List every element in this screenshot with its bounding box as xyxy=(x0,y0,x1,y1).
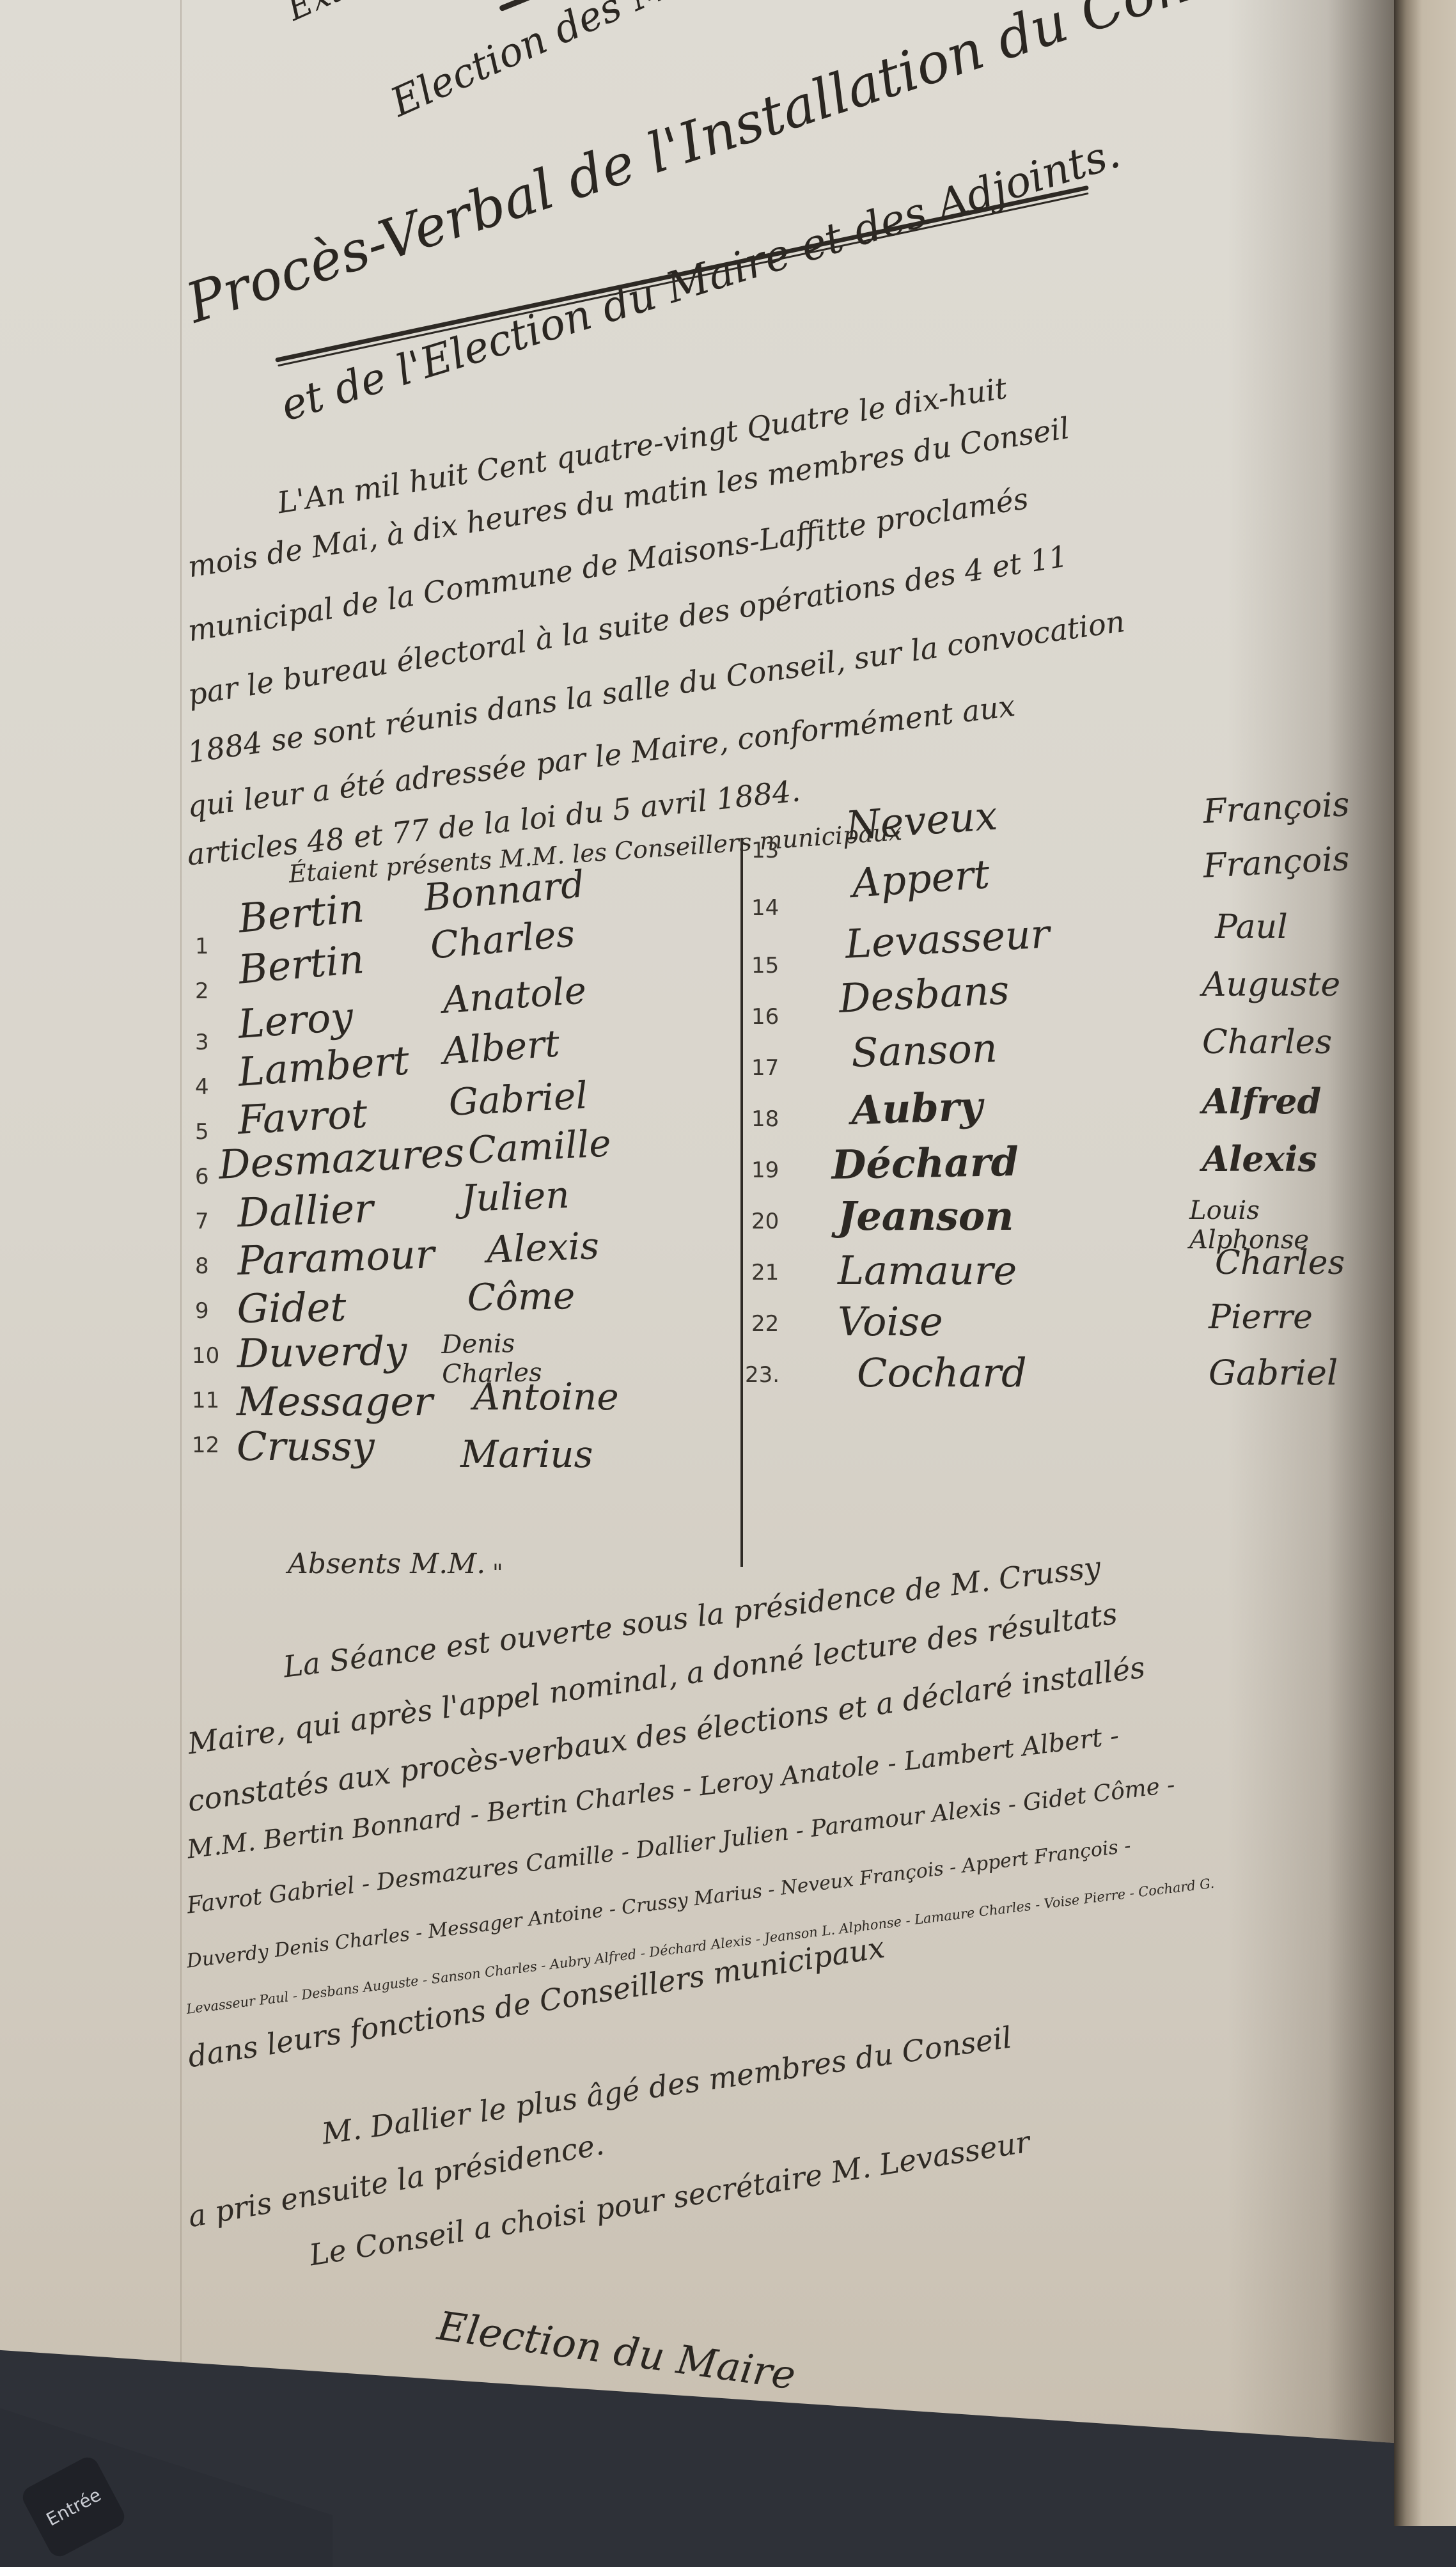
surname: Crussy xyxy=(237,1423,375,1470)
surname: Duverdy xyxy=(237,1327,407,1377)
row-number: 15 xyxy=(751,953,779,978)
given-name: Auguste xyxy=(1202,966,1340,1004)
surname: Appert xyxy=(850,851,991,907)
row-number: 1 xyxy=(195,934,209,959)
given-name: Alexis xyxy=(486,1224,600,1271)
surname: Lamaure xyxy=(838,1247,1017,1294)
paragraph-line: Le Conseil a choisi pour secrétaire M. L… xyxy=(307,2124,1032,2273)
given-name: Paul xyxy=(1215,908,1288,946)
given-name: Charles xyxy=(1202,1023,1332,1062)
margin-rule xyxy=(180,0,182,2366)
row-number: 5 xyxy=(195,1119,209,1145)
header-fragment: Extr… xyxy=(281,0,393,29)
given-name: Antoine xyxy=(473,1375,619,1418)
surname: Aubry xyxy=(850,1083,983,1134)
section-heading-election-maire: Election du Maire xyxy=(435,2302,799,2399)
given-name: Pierre xyxy=(1209,1298,1313,1337)
row-number: 7 xyxy=(195,1209,209,1234)
surname: Jeanson xyxy=(838,1193,1014,1239)
section-underline xyxy=(568,2417,903,2482)
row-number: 9 xyxy=(195,1298,209,1324)
row-number: 11 xyxy=(192,1388,219,1413)
given-name: Côme xyxy=(467,1274,575,1319)
row-number: 10 xyxy=(192,1343,219,1369)
given-name: Gabriel xyxy=(1209,1353,1338,1393)
surname: Déchard xyxy=(831,1138,1019,1188)
row-number: 20 xyxy=(751,1209,779,1234)
surname: Neveux xyxy=(844,792,999,849)
row-number: 21 xyxy=(751,1260,779,1285)
enter-key-label: Entrée xyxy=(43,2484,105,2530)
surname: Paramour xyxy=(237,1230,435,1284)
row-number: 16 xyxy=(751,1004,779,1030)
row-number: 22 xyxy=(751,1311,779,1337)
surname: Sanson xyxy=(850,1024,998,1076)
column-divider xyxy=(740,838,743,1567)
row-number: 8 xyxy=(195,1253,209,1279)
surname: Bertin xyxy=(237,884,366,942)
row-number: 12 xyxy=(192,1433,219,1458)
given-name: François xyxy=(1202,785,1350,831)
surname: Bertin xyxy=(237,936,366,993)
adjacent-page-edge xyxy=(1394,0,1456,2526)
surname: Desbans xyxy=(838,966,1010,1022)
row-number: 13 xyxy=(751,838,779,863)
surname: Dallier xyxy=(237,1185,374,1236)
surname: Gidet xyxy=(237,1283,347,1332)
row-number: 2 xyxy=(195,978,209,1004)
row-number: 6 xyxy=(195,1164,209,1189)
register-page: Extr… Election des M… Procès-Verbal de l… xyxy=(0,0,1394,2443)
row-number: 19 xyxy=(751,1158,779,1183)
surname: Cochard xyxy=(857,1349,1027,1396)
given-name: Albert xyxy=(441,1021,561,1073)
given-name: Anatole xyxy=(441,968,588,1022)
paragraph-line: M. Dallier le plus âgé des membres du Co… xyxy=(320,2020,1014,2151)
given-name: Charles xyxy=(1215,1244,1345,1282)
row-number: 23. xyxy=(745,1362,779,1388)
given-name: Alexis xyxy=(1202,1138,1317,1179)
surname: Voise xyxy=(838,1298,943,1345)
absents-value: " xyxy=(492,1560,503,1587)
row-number: 3 xyxy=(195,1030,209,1055)
given-name: Marius xyxy=(460,1433,593,1476)
row-number: 4 xyxy=(195,1074,209,1100)
surname: Levasseur xyxy=(844,910,1051,968)
header-election: Election des M… xyxy=(384,0,713,126)
given-name: Alfred xyxy=(1202,1081,1321,1122)
given-name: Camille xyxy=(467,1121,612,1172)
absents-label: Absents M.M. xyxy=(288,1548,485,1580)
row-number: 14 xyxy=(751,895,779,921)
given-name: Charles xyxy=(428,911,577,967)
surname: Leroy xyxy=(237,993,355,1047)
given-name: François xyxy=(1202,840,1350,886)
given-name: Gabriel xyxy=(448,1074,588,1124)
row-number: 18 xyxy=(751,1106,779,1132)
surname: Messager xyxy=(237,1378,433,1425)
row-number: 17 xyxy=(751,1055,779,1081)
given-name: Julien xyxy=(460,1173,570,1220)
